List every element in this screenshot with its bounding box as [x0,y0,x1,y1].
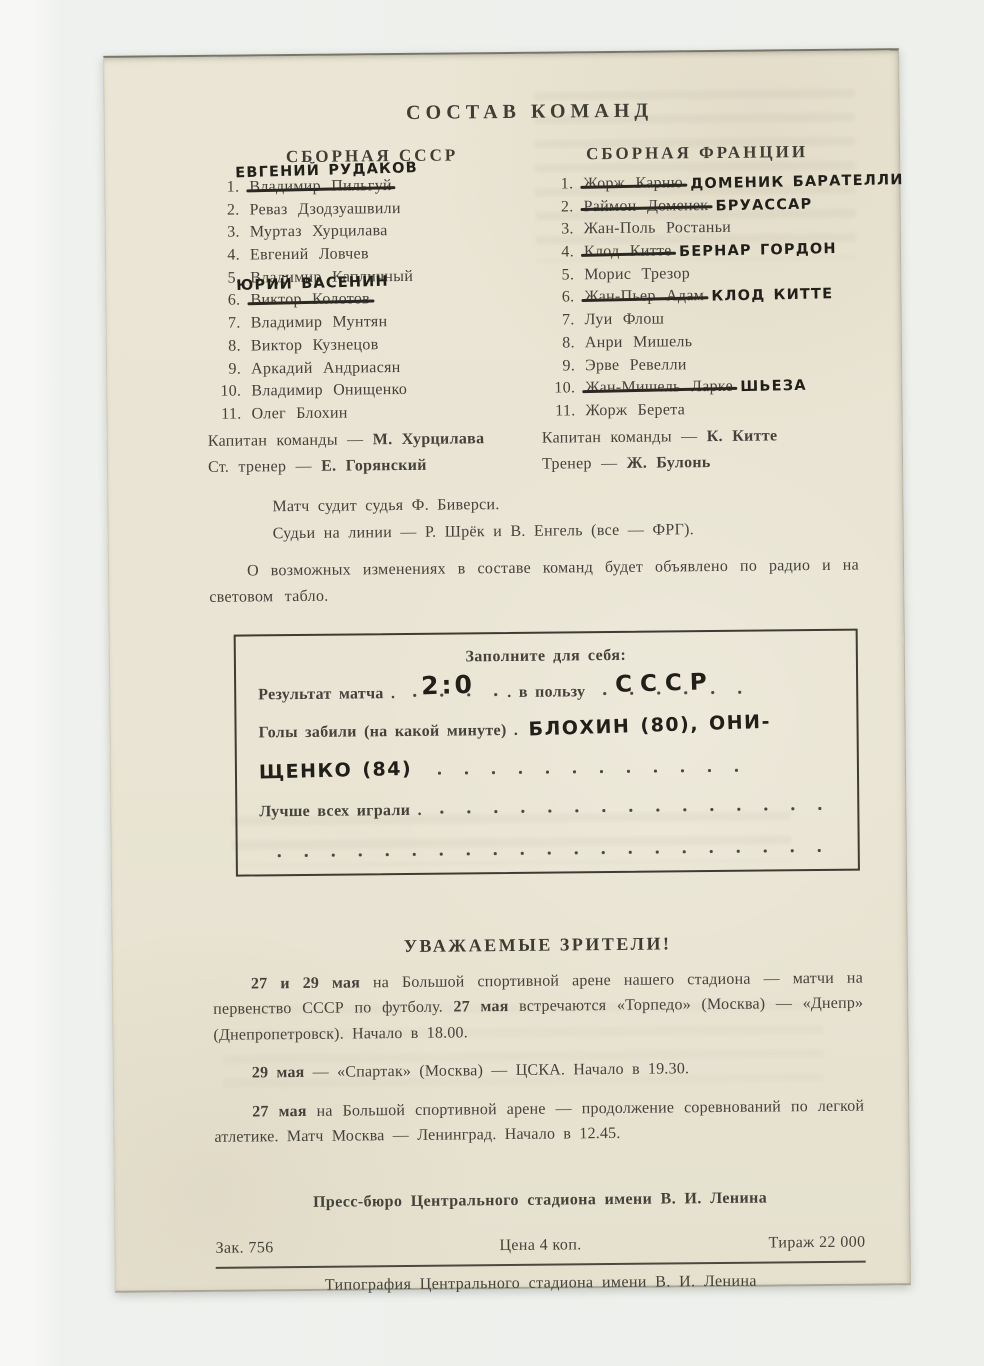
player-number: 3. [206,224,240,242]
captain-name: К. Китте [707,427,778,445]
player-row: 4.Евгений Ловчев [206,244,540,270]
player-number: 7. [541,311,575,329]
paragraph-text: на Большой спортивной арене — продолжени… [214,1097,864,1146]
player-name: Жорж Берета [585,401,685,420]
player-row: 8.Виктор Кузнецов [207,334,541,360]
coach-label: Ст. тренер — [208,457,312,475]
handwritten-score: 2:0 [421,669,476,700]
imprint-row: Зак. 756 Цена 4 коп. Тираж 22 000 [215,1233,865,1268]
circulation: Тираж 22 000 [649,1233,866,1253]
player-number: 7. [207,315,241,333]
player-number: 11. [541,402,575,420]
player-number: 4. [540,243,574,261]
handwritten-goals-1: БЛОХИН (80), ОНИ- [528,710,771,740]
goals-dotted-blank [420,754,756,775]
in-favor-label: . в пользу [507,683,585,701]
france-captain-line: Капитан команды — К. Китте [542,422,858,451]
player-number: 6. [540,289,574,307]
player-number: 6. [206,292,240,310]
handwritten-replacement: КЛОД КИТТЕ [711,287,833,305]
player-number: 10. [207,383,241,401]
player-name: Реваз Дзодзуашвили [249,200,400,219]
player-number: 5. [540,266,574,284]
coach-name: Ж. Булонь [627,454,711,472]
france-player-list: 1.Жорж КарнюДОМЕНИК БАРАТЕЛЛИ2.Раймон До… [539,172,905,425]
player-name-crossed-out: Виктор Колотов [250,291,370,310]
france-coach-line: Тренер — Ж. Булонь [542,448,858,477]
player-number: 4. [206,247,240,265]
ussr-player-list: 1.Владимир ПильгуйЕВГЕНИЙ РУДАКОВ2.Реваз… [205,176,541,429]
best-players-label: Лучше всех играли . [259,801,422,820]
coach-name: Е. Горянский [321,456,427,474]
player-number: 1. [539,175,573,193]
goals-continuation-line: ЩЕНКО (84) [259,753,835,785]
ussr-captain-line: Капитан команды — М. Хурцилава [208,425,542,454]
player-row: 7.Владимир Мунтян [207,312,541,338]
player-number: 9. [541,357,575,375]
player-number: 2. [205,201,239,219]
handwritten-replacement: ДОМЕНИК БАРАТЕЛЛИ [690,172,904,192]
result-dotted-blank: 2:0 [395,679,507,698]
press-bureau-line: Пресс-бюро Центрального стадиона имени В… [215,1188,865,1212]
player-name-crossed-out: Клод Китте [584,242,672,261]
player-name: Морис Трезор [584,265,690,284]
player-number: 11. [207,405,241,423]
fill-in-box: Заполните для себя: Результат матча .2:0… [234,628,860,876]
empty-dotted-line [260,834,838,858]
player-row: 3.Муртаз Хурцилава [206,221,540,247]
player-row: 9.Аркадий Андриасян [207,357,541,383]
player-row: 2.Реваз Дзодзуашвили [205,198,539,224]
scan-background: СОСТАВ КОМАНД СБОРНАЯ СССР СБОРНАЯ ФРАНЦ… [0,0,984,1366]
player-name-crossed-out: Жорж Карню [583,174,683,193]
player-name: Анри Мишель [585,333,693,352]
player-number: 8. [541,334,575,352]
order-number: Зак. 756 [215,1237,432,1257]
captains-row: Капитан команды — М. Хурцилава Ст. трене… [208,422,858,480]
captain-label: Капитан команды — [208,431,364,449]
best-players-dotted-blank [422,793,826,815]
player-name: Владимир Онищенко [251,381,407,400]
player-name-crossed-out: Раймон Доменек [583,197,708,216]
player-name-crossed-out: Жан-Мишель Ларке [585,378,733,397]
goals-label: Голы забили (на какой минуте) . [259,721,519,740]
coach-label: Тренер — [542,454,618,472]
price: Цена 4 коп. [432,1235,649,1255]
programme-page: СОСТАВ КОМАНД СБОРНАЯ СССР СБОРНАЯ ФРАНЦ… [103,48,911,1293]
date-emphasis: 29 мая [252,1064,305,1082]
result-label: Результат матча . [258,685,395,703]
player-name-crossed-out: Жан-Пьер Адам [584,288,704,307]
date-emphasis: 27 мая [252,1103,307,1121]
player-name: Владимир Мунтян [251,313,388,332]
handwritten-winner: СССР [615,669,715,698]
player-number: 3. [540,221,574,239]
spectators-paragraph-2: 29 мая — «Спартак» (Москва) — ЦСКА. Нача… [214,1055,864,1087]
player-name: Олег Блохин [251,404,347,423]
goals-line: Голы забили (на какой минуте) .БЛОХИН (8… [258,714,834,746]
printing-house-line: Типография Центрального стадиона имени В… [216,1271,866,1295]
player-row: 11.Жорж Берета [541,399,905,425]
player-number: 8. [207,337,241,355]
date-emphasis: 27 мая [453,998,508,1016]
ussr-coach-line: Ст. тренер — Е. Горянский [208,451,542,480]
player-row: 6.Виктор КолотовЮРИЙ ВАСЕНИН [206,289,540,315]
spectators-heading: УВАЖАЕМЫЕ ЗРИТЕЛИ! [213,931,863,958]
handwritten-replacement: БЕРНАР ГОРДОН [678,241,836,260]
player-name: Жан-Поль Ростаньи [584,219,732,238]
player-name: Евгений Ловчев [250,245,369,264]
date-emphasis: 27 и 29 мая [251,974,360,992]
favor-dotted-blank: СССР [585,676,761,696]
player-name: Виктор Кузнецов [251,336,379,355]
handwritten-goals-2: ЩЕНКО (84) [259,757,413,783]
referee-block: Матч судит судья Ф. Биверси. Судьи на ли… [272,487,858,547]
best-players-line: Лучше всех играли . [259,792,835,824]
player-row: 10.Владимир Онищенко [207,380,541,406]
team-headers-row: СБОРНАЯ СССР СБОРНАЯ ФРАНЦИИ [205,121,855,168]
player-number: 2. [539,198,573,216]
fill-in-box-title: Заполните для себя: [258,644,834,668]
paragraph-text: — «Спартак» (Москва) — ЦСКА. Начало в 19… [304,1060,689,1081]
changes-announcement: О возможных изменениях в составе команд … [209,552,859,610]
captain-name: М. Хурцилава [373,430,485,448]
player-number: 10. [541,380,575,398]
player-name: Луи Флош [585,311,665,330]
lineups: 1.Владимир ПильгуйЕВГЕНИЙ РУДАКОВ2.Реваз… [205,173,857,429]
handwritten-replacement: ШЬЕЗА [740,378,807,395]
player-row: 11.Олег Блохин [207,403,541,429]
player-row: 1.Владимир ПильгуйЕВГЕНИЙ РУДАКОВ [205,176,539,202]
player-name: Эрве Ревелли [585,356,687,375]
captain-label: Капитан команды — [542,428,698,446]
spectators-paragraph-1: 27 и 29 мая на Большой спортивной арене … [213,965,864,1048]
team-france-header: СБОРНАЯ ФРАНЦИИ [539,142,855,165]
linesmen-line: Судьи на линии — Р. Шрёк и В. Енгель (вс… [273,514,859,547]
result-line: Результат матча .2:0. в пользуСССР [258,675,834,707]
player-number: 9. [207,360,241,378]
player-name: Аркадий Андриасян [251,359,401,378]
spectators-paragraph-3: 27 мая на Большой спортивной арене — про… [214,1093,864,1150]
handwritten-replacement: БРУАССАР [715,196,812,214]
player-name: Муртаз Хурцилава [250,223,388,242]
player-number: 1. [205,179,239,197]
